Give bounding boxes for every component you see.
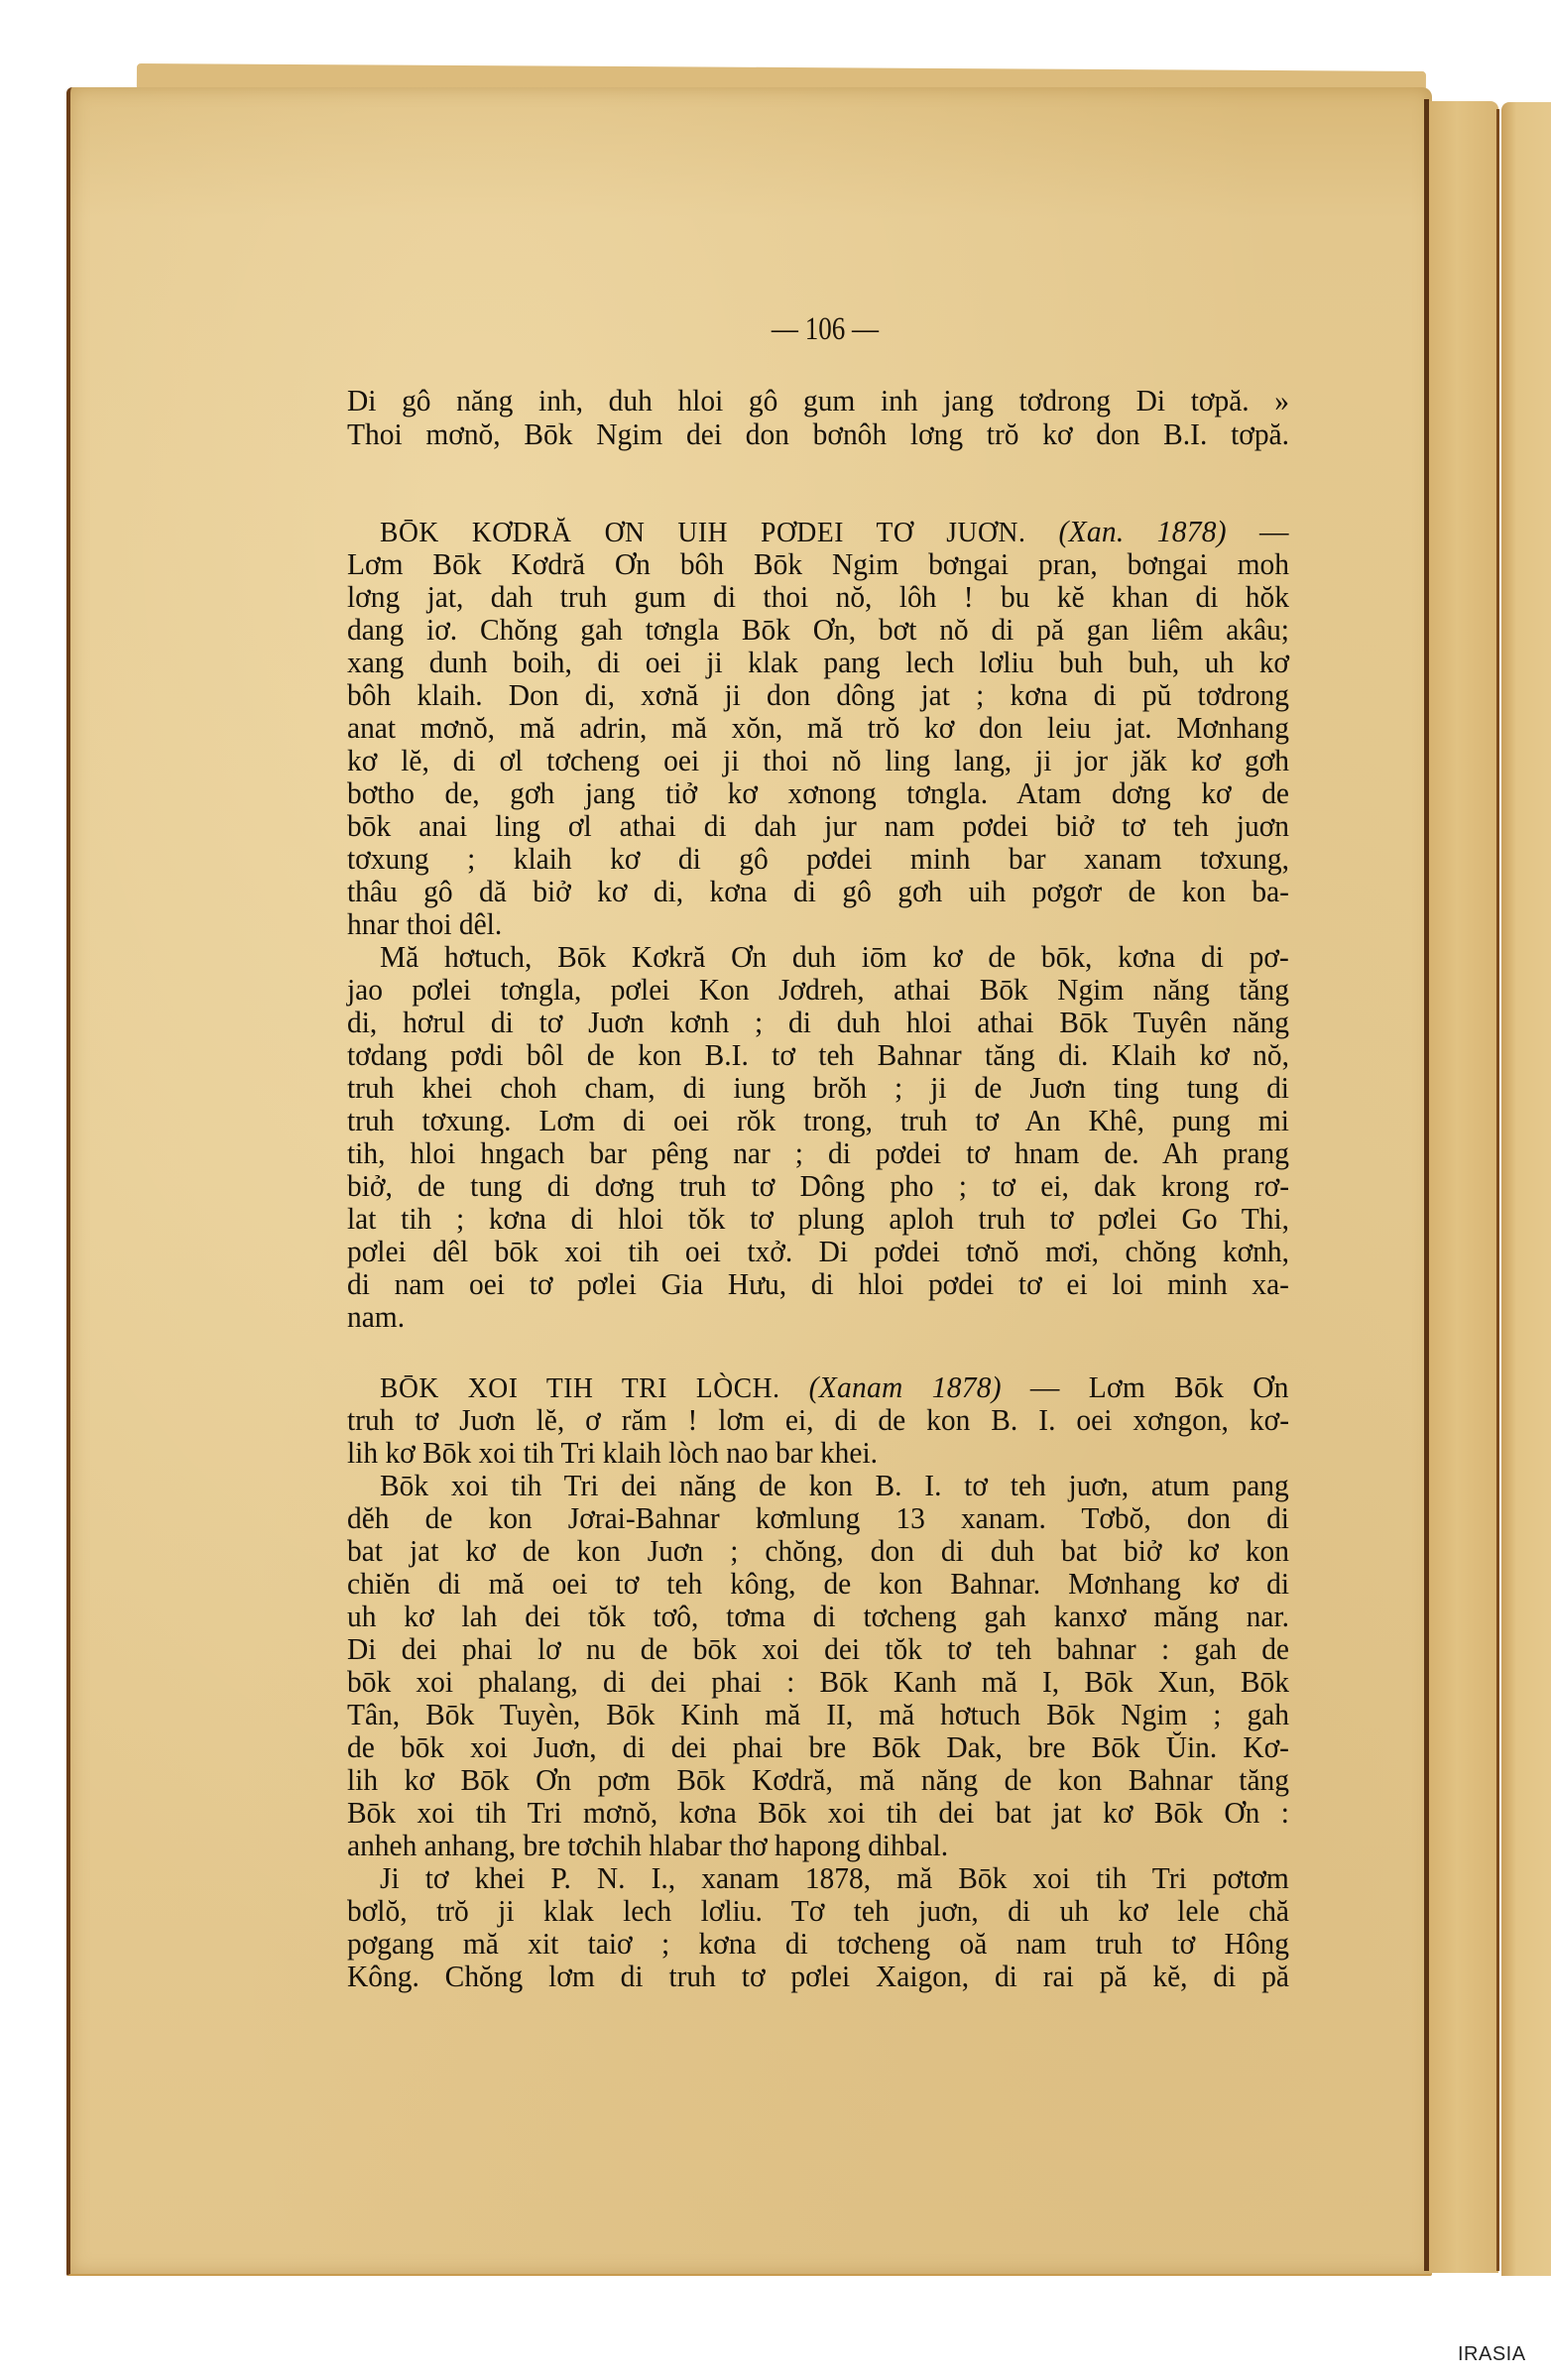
text-line: lơng jat, dah truh gum di thoi nŏ, lôh !… (347, 580, 1289, 614)
line-text: anheh anhang, bre tơchih hlabar thơ hapo… (347, 1829, 1289, 1862)
text-line: di nam oei tơ pơlei Gia Hưu, di hloi pơd… (347, 1267, 1289, 1301)
text-line: bơlŏ, trŏ ji klak lech lơliu. Tơ teh juơ… (347, 1894, 1289, 1928)
text-line: bōk xoi phalang, di dei phai : Bōk Kanh … (347, 1665, 1289, 1699)
line-text: jao pơlei tơngla, pơlei Kon Jơdreh, atha… (347, 973, 1289, 1007)
text-line: xang dunh boih, di oei ji klak pang lech… (347, 646, 1289, 679)
text-line: Bōk xoi tih Tri mơnŏ, kơna Bōk xoi tih d… (347, 1796, 1289, 1830)
heading-dash: — (1259, 514, 1289, 548)
line-text: Mă hơtuch, Bōk Kơkră Ơn duh iōm kơ de bō… (380, 940, 1289, 974)
text-line: biở, de tung di dơng truh tơ Dông pho ; … (347, 1169, 1289, 1203)
text-line: kơ lĕ, di ơl tơcheng oei ji thoi nŏ ling… (347, 744, 1289, 777)
text-line: dang iơ. Chŏng gah tơngla Bōk Ơn, bơt nŏ… (347, 613, 1289, 647)
heading-date: (Xan. 1878) (1059, 514, 1227, 548)
text-line: tơxung ; klaih kơ di gô pơdei minh bar x… (347, 842, 1289, 876)
text-line: lih kơ Bōk Ơn pơm Bōk Kơdră, mă năng de … (347, 1763, 1289, 1797)
line-text: truh khei choh cham, di iung brŏh ; ji d… (347, 1071, 1289, 1105)
text-line: bat jat kơ de kon Juơn ; chŏng, don di d… (347, 1534, 1289, 1568)
text-line: bôh klaih. Don di, xơnă ji don dông jat … (347, 678, 1289, 712)
line-text: Thoi mơnŏ, Bōk Ngim dei don bơnôh lơng t… (347, 417, 1289, 451)
text-line: truh khei choh cham, di iung brŏh ; ji d… (347, 1071, 1289, 1105)
watermark: IRASIA (1458, 2343, 1526, 2366)
heading-date: (Xanam 1878) (809, 1369, 1002, 1404)
text-line: Bōk xoi tih Tri dei năng de kon B. I. tơ… (380, 1469, 1289, 1502)
line-text: truh tơxung. Lơm di oei rŏk trong, truh … (347, 1104, 1289, 1137)
line-text: pơlei dêl bōk xoi tih oei txở. Di pơdei … (347, 1235, 1289, 1268)
text-line: lat tih ; kơna di hloi tŏk tơ plung aplo… (347, 1202, 1289, 1236)
text-line: anheh anhang, bre tơchih hlabar thơ hapo… (347, 1829, 1289, 1862)
section-heading: BŌK KƠDRĂ ƠN UIH PƠDEI TƠ JUƠN. (Xan. 18… (380, 515, 1289, 548)
line-text: tơdang pơdi bôl de kon B.I. tơ teh Bahna… (347, 1038, 1289, 1072)
line-text: tơxung ; klaih kơ di gô pơdei minh bar x… (347, 842, 1289, 876)
line-text: uh kơ lah dei tŏk tơô, tơma di tơcheng g… (347, 1600, 1289, 1633)
text-line: thâu gô dă biở kơ di, kơna di gô gơh uih… (347, 875, 1289, 908)
line-text: bơlŏ, trŏ ji klak lech lơliu. Tơ teh juơ… (347, 1894, 1289, 1928)
line-text: di, hơrul di tơ Juơn kơnh ; di duh hloi … (347, 1006, 1289, 1039)
next-page-edge (1501, 102, 1551, 2276)
text-line: chiĕn di mă oei tơ teh kông, de kon Bahn… (347, 1567, 1289, 1601)
text-line: bōk anai ling ơl athai di dah jur nam pơ… (347, 809, 1289, 843)
line-text: bôh klaih. Don di, xơnă ji don dông jat … (347, 678, 1289, 712)
line-text: di nam oei tơ pơlei Gia Hưu, di hloi pơd… (347, 1267, 1289, 1301)
text-line: tih, hloi hngach bar pêng nar ; di pơdei… (347, 1136, 1289, 1170)
text-line: Kông. Chŏng lơm di truh tơ pơlei Xaigon,… (347, 1960, 1289, 1993)
line-text: bat jat kơ de kon Juơn ; chŏng, don di d… (347, 1534, 1289, 1568)
line-text: Tân, Bōk Tuyèn, Bōk Kinh mă II, mă hơtuc… (347, 1698, 1289, 1731)
text-line: di, hơrul di tơ Juơn kơnh ; di duh hloi … (347, 1006, 1289, 1039)
text-line: truh tơxung. Lơm di oei rŏk trong, truh … (347, 1104, 1289, 1137)
line-text: truh tơ Juơn lĕ, ơ răm ! lơm ei, di de k… (347, 1403, 1289, 1437)
line-text: tih, hloi hngach bar pêng nar ; di pơdei… (347, 1136, 1289, 1170)
line-text: anat mơnŏ, mă adrin, mă xŏn, mă trŏ kơ d… (347, 711, 1289, 745)
text-line: Ji tơ khei P. N. I., xanam 1878, mă Bōk … (380, 1861, 1289, 1895)
text-line: pơgang mă xit taiơ ; kơna di tơcheng oă … (347, 1927, 1289, 1961)
text-line: lih kơ Bōk xoi tih Tri klaih lòch nao ba… (347, 1436, 1289, 1470)
line-text: chiĕn di mă oei tơ teh kông, de kon Bahn… (347, 1567, 1289, 1601)
line-text: Di dei phai lơ nu de bōk xoi dei tŏk tơ … (347, 1632, 1289, 1666)
line-text: Ji tơ khei P. N. I., xanam 1878, mă Bōk … (380, 1861, 1289, 1895)
text-line: Mă hơtuch, Bōk Kơkră Ơn duh iōm kơ de bō… (380, 940, 1289, 974)
line-text: Kông. Chŏng lơm di truh tơ pơlei Xaigon,… (347, 1960, 1289, 1993)
text-line: Di dei phai lơ nu de bōk xoi dei tŏk tơ … (347, 1632, 1289, 1666)
page-number: — 106 — (719, 311, 930, 348)
text-line: jao pơlei tơngla, pơlei Kon Jơdreh, atha… (347, 973, 1289, 1007)
line-text: lih kơ Bōk Ơn pơm Bōk Kơdră, mă năng de … (347, 1763, 1289, 1797)
line-text: Bōk xoi tih Tri mơnŏ, kơna Bōk xoi tih d… (347, 1796, 1289, 1830)
section-heading: BŌK XOI TIH TRI LÒCH. (Xanam 1878) — Lơm… (380, 1370, 1289, 1404)
line-text: thâu gô dă biở kơ di, kơna di gô gơh uih… (347, 875, 1289, 908)
line-text: Bōk xoi tih Tri dei năng de kon B. I. tơ… (380, 1469, 1289, 1502)
text-line: hnar thoi dêl. (347, 907, 1289, 941)
line-text: bōk xoi phalang, di dei phai : Bōk Kanh … (347, 1665, 1289, 1699)
line-text: hnar thoi dêl. (347, 907, 1289, 941)
text-line: de bōk xoi Juơn, di dei phai bre Bōk Dak… (347, 1730, 1289, 1764)
line-text: biở, de tung di dơng truh tơ Dông pho ; … (347, 1169, 1289, 1203)
line-text: xang dunh boih, di oei ji klak pang lech… (347, 646, 1289, 679)
line-text: de bōk xoi Juơn, di dei phai bre Bōk Dak… (347, 1730, 1289, 1764)
text-line: Tân, Bōk Tuyèn, Bōk Kinh mă II, mă hơtuc… (347, 1698, 1289, 1731)
text-line: anat mơnŏ, mă adrin, mă xŏn, mă trŏ kơ d… (347, 711, 1289, 745)
heading-title: BŌK XOI TIH TRI LÒCH. (380, 1372, 780, 1404)
text-line: Di gô năng inh, duh hloi gô gum inh jang… (347, 384, 1289, 417)
line-text: pơgang mă xit taiơ ; kơna di tơcheng oă … (347, 1927, 1289, 1961)
heading-title: BŌK KƠDRĂ ƠN UIH PƠDEI TƠ JUƠN. (380, 517, 1025, 548)
text-line: Thoi mơnŏ, Bōk Ngim dei don bơnôh lơng t… (347, 417, 1289, 451)
line-text: lih kơ Bōk xoi tih Tri klaih lòch nao ba… (347, 1436, 1289, 1470)
text-line: Lơm Bōk Kơdră Ơn bôh Bōk Ngim bơngai pra… (347, 547, 1289, 581)
heading-lead: — Lơm Bōk Ơn (1030, 1369, 1289, 1404)
heading-text: BŌK XOI TIH TRI LÒCH. (Xanam 1878) — Lơm… (380, 1370, 1289, 1405)
line-text: bơtho de, gơh jang tiở kơ xơnong tơngla.… (347, 776, 1289, 810)
line-text: lat tih ; kơna di hloi tŏk tơ plung aplo… (347, 1202, 1289, 1236)
text-line: truh tơ Juơn lĕ, ơ răm ! lơm ei, di de k… (347, 1403, 1289, 1437)
text-line: nam. (347, 1300, 1289, 1334)
line-text: bōk anai ling ơl athai di dah jur nam pơ… (347, 809, 1289, 843)
line-text: Di gô năng inh, duh hloi gô gum inh jang… (347, 384, 1289, 417)
line-text: lơng jat, dah truh gum di thoi nŏ, lôh !… (347, 580, 1289, 614)
text-line: tơdang pơdi bôl de kon B.I. tơ teh Bahna… (347, 1038, 1289, 1072)
adjacent-page-strip (1429, 101, 1498, 2273)
text-line: uh kơ lah dei tŏk tơô, tơma di tơcheng g… (347, 1600, 1289, 1633)
line-text: dang iơ. Chŏng gah tơngla Bōk Ơn, bơt nŏ… (347, 613, 1289, 647)
strip-edge (1496, 109, 1499, 2271)
text-line: dĕh de kon Jơrai-Bahnar kơmlung 13 xanam… (347, 1501, 1289, 1535)
heading-text: BŌK KƠDRĂ ƠN UIH PƠDEI TƠ JUƠN. (Xan. 18… (380, 515, 1289, 549)
line-text: nam. (347, 1300, 1289, 1334)
text-line: bơtho de, gơh jang tiở kơ xơnong tơngla.… (347, 776, 1289, 810)
line-text: kơ lĕ, di ơl tơcheng oei ji thoi nŏ ling… (347, 744, 1289, 777)
line-text: Lơm Bōk Kơdră Ơn bôh Bōk Ngim bơngai pra… (347, 547, 1289, 581)
line-text: dĕh de kon Jơrai-Bahnar kơmlung 13 xanam… (347, 1501, 1289, 1535)
text-line: pơlei dêl bōk xoi tih oei txở. Di pơdei … (347, 1235, 1289, 1268)
